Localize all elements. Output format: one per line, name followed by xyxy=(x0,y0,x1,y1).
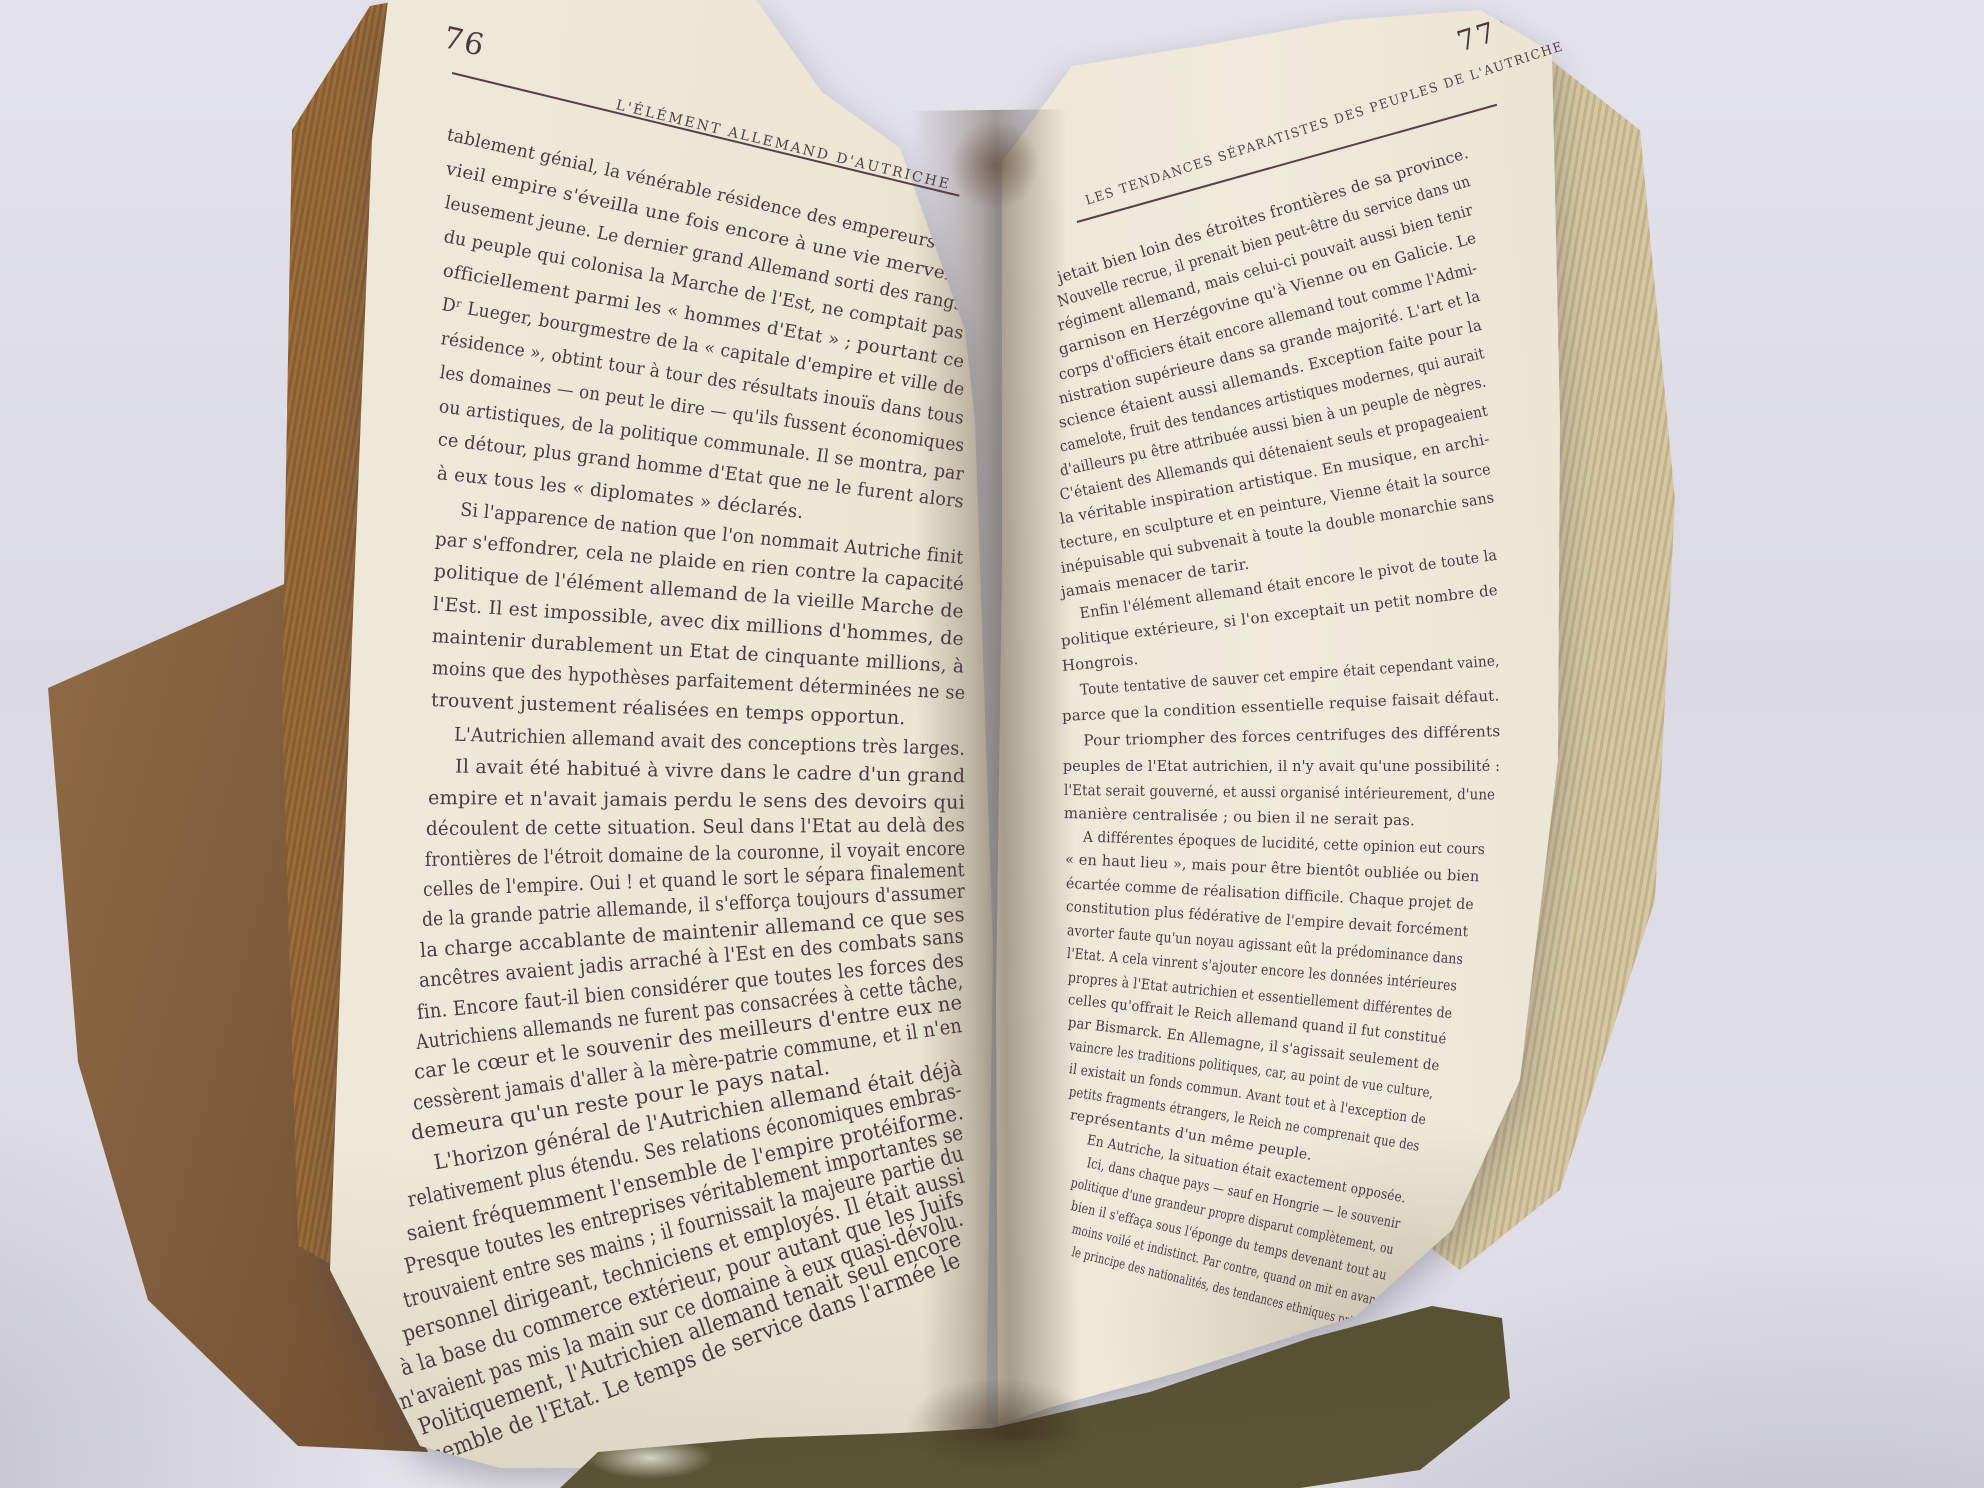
book-photo: tablement génial, la vénérable résidence… xyxy=(0,0,1984,1488)
gutter-top-crease xyxy=(950,120,1040,210)
text-line: Pour triompher des forces centrifuges de… xyxy=(1062,723,1500,749)
text-line: Il avait été habitué à vivre dans le cad… xyxy=(429,756,966,787)
text-line: découlent de cette situation. Seul dans … xyxy=(426,815,965,840)
text-line: empire et n'avait jamais perdu le sens d… xyxy=(428,788,965,814)
text-line: l'Etat serait gouverné, et aussi organis… xyxy=(1063,782,1494,803)
gutter-shadow xyxy=(909,109,1081,1441)
gutter-bottom-crease xyxy=(905,1378,1095,1473)
text-line: manière centralisée ; ou bien il ne sera… xyxy=(1064,805,1415,829)
text-line: peuples de l'Etat autrichien, il n'y ava… xyxy=(1063,758,1500,775)
